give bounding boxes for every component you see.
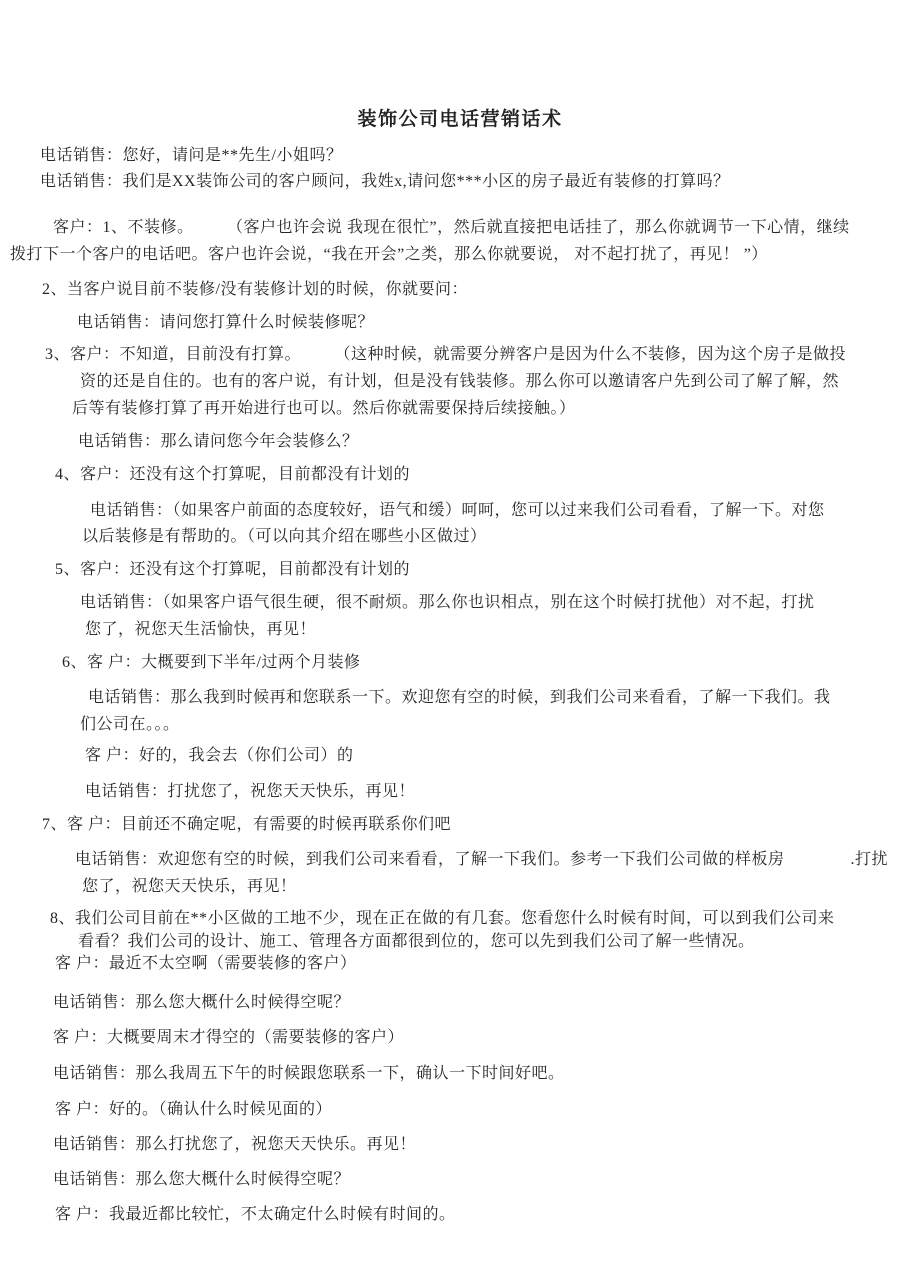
text-line: 电话销售：请问您打算什么时候装修呢？ <box>77 310 374 336</box>
text-line: 您了，祝您天天快乐，再见！ <box>82 874 297 900</box>
text-line: 电话销售：那么我周五下午的时候跟您联系一下，确认一下时间好吧。 <box>53 1061 565 1087</box>
text-line: 电话销售：那么您大概什么时候得空呢？ <box>53 990 350 1016</box>
text-line: 6、客 户：大概要到下半年/过两个月装修 <box>62 650 360 676</box>
text-line: 电话销售：（如果客户前面的态度较好，语气和缓）呵呵，您可以过来我们公司看看，了解… <box>90 498 825 524</box>
text-line: 以后装修是有帮助的。（可以向其介绍在哪些小区做过） <box>82 524 487 550</box>
text-line: 客 户：我最近都比较忙，不太确定什么时候有时间的。 <box>55 1202 456 1228</box>
text-line: 7、客 户：目前还不确定呢，有需要的时候再联系你们吧 <box>42 812 451 838</box>
text-line: 后等有装修打算了再开始进行也可以。然后你就需要保持后续接触。） <box>72 396 576 422</box>
document-title: 装饰公司电话营销话术 <box>0 106 920 134</box>
text-line: 们公司在。。。 <box>80 712 180 738</box>
text-line: 电话销售：那么您大概什么时候得空呢？ <box>53 1167 350 1193</box>
text-line: 电话销售：那么我到时候再和您联系一下。欢迎您有空的时候，到我们公司来看看，了解一… <box>88 685 831 711</box>
text-line: 电话销售：欢迎您有空的时候，到我们公司来看看，了解一下我们。参考一下我们公司做的… <box>75 847 888 873</box>
text-line: 2、当客户说目前不装修/没有装修计划的时候，你就要问： <box>42 277 468 303</box>
text-line: 您了，祝您天生活愉快，再见！ <box>85 617 316 643</box>
text-line: 4、客户：还没有这个打算呢，目前都没有计划的 <box>55 462 410 488</box>
text-line: 客 户：好的，我会去（你们公司）的 <box>85 743 354 769</box>
text-line: 看看？我们公司的设计、施工、管理各方面都很到位的，您可以先到我们公司了解一些情况… <box>78 930 755 953</box>
text-line: 5、客户：还没有这个打算呢，目前都没有计划的 <box>55 557 410 583</box>
document-page: 装饰公司电话营销话术 电话销售：您好，请问是**先生/小姐吗？ 电话销售：我们是… <box>0 0 920 1280</box>
text-line: 资的还是自住的。也有的客户说，有计划，但是没有钱装修。那么你可以邀请客户先到公司… <box>80 369 839 395</box>
text-line: 客 户：最近不太空啊（需要装修的客户） <box>55 952 357 975</box>
text-line: 电话销售：那么打扰您了，祝您天天快乐。再见！ <box>53 1132 416 1158</box>
text-line: 8、我们公司目前在**小区做的工地不少，现在正在做的有几套。您看您什么时候有时间… <box>50 907 835 930</box>
text-line: 拨打下一个客户的电话吧。客户也许会说，“我在开会”之类，那么你就要说， 对不起打… <box>10 242 768 268</box>
text-line: 3、客户：不知道，目前没有打算。 （这种时候，就需要分辨客户是因为什么不装修，因… <box>45 342 846 368</box>
text-line: 电话销售：那么请问您今年会装修么？ <box>78 429 359 455</box>
text-line: 客户：1、不装修。 （客户也许会说 我现在很忙”，然后就直接把电话挂了，那么你就… <box>53 215 850 241</box>
text-line: 电话销售：您好，请问是**先生/小姐吗？ <box>40 143 342 169</box>
text-line: 电话销售：我们是XX装饰公司的客户顾问，我姓x,请问您***小区的房子最近有装修… <box>40 169 730 195</box>
text-line: 客 户：大概要周末才得空的（需要装修的客户） <box>53 1025 404 1051</box>
text-line: 电话销售：（如果客户语气很生硬，很不耐烦。那么你也识相点，别在这个时候打扰他）对… <box>80 590 815 616</box>
text-line: 电话销售：打扰您了，祝您天天快乐，再见！ <box>85 779 415 805</box>
text-line: 客 户：好的。（确认什么时候见面的） <box>55 1097 332 1123</box>
